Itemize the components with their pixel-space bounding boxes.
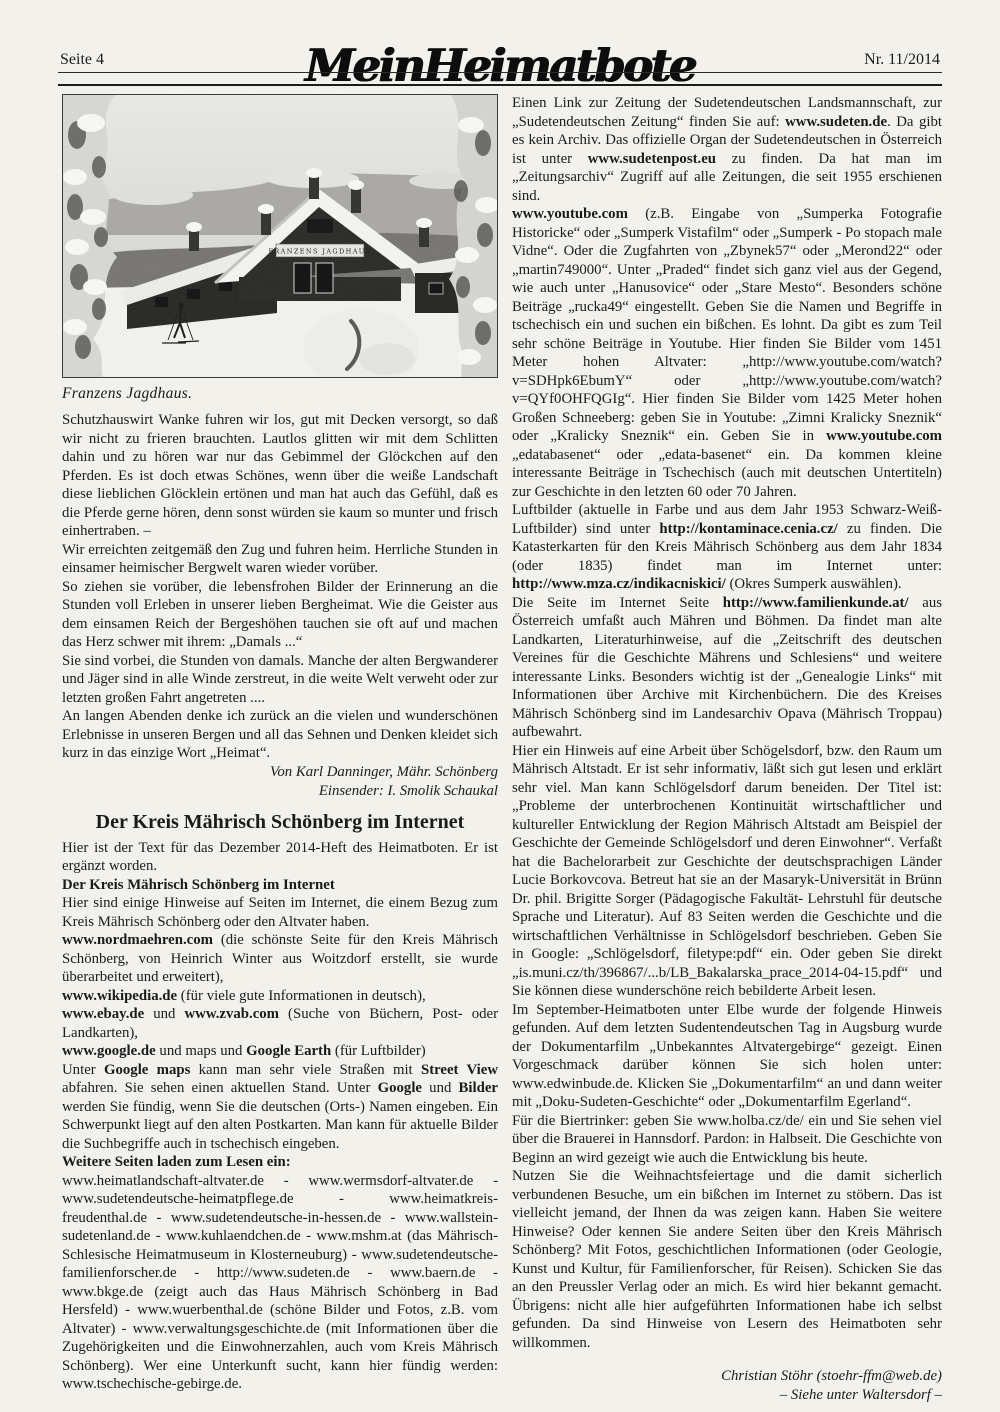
byline-note: – Siehe unter Waltersdorf – (512, 1386, 942, 1405)
paragraph: Wir erreichten zeitgemäß den Zug und fuh… (62, 541, 498, 578)
paragraph: Luftbilder (aktuelle in Farbe und aus de… (512, 501, 942, 594)
photo-franzens-jagdhaus: FRANZENS JAGDHAUS (62, 94, 498, 378)
page-number: Seite 4 (60, 51, 104, 69)
paragraph: Hier ein Hinweis auf eine Arbeit über Sc… (512, 742, 942, 1001)
paragraph: An langen Abenden denke ich zurück an di… (62, 707, 498, 763)
right-column: Einen Link zur Zeitung der Sudetendeutsc… (512, 94, 942, 1405)
issue-number: Nr. 11/2014 (864, 51, 940, 69)
paragraph: www.youtube.com (z.B. Eingabe von „Sumpe… (512, 205, 942, 501)
paragraph: www.google.de und maps und Google Earth … (62, 1042, 498, 1061)
byline-sender: Einsender: I. Smolik Schaukal (62, 782, 498, 801)
header-rule-thin (58, 72, 942, 73)
paragraph: Für die Biertrinker: geben Sie www.holba… (512, 1112, 942, 1168)
paragraph: www.heimatlandschaft-altvater.de - www.w… (62, 1172, 498, 1394)
paragraph: Nutzen Sie die Weihnachtsfeiertage und d… (512, 1167, 942, 1352)
photo-grain-overlay (63, 95, 497, 377)
photo-caption: Franzens Jagdhaus. (62, 385, 498, 403)
paragraph: www.nordmaehren.com (die schönste Seite … (62, 931, 498, 987)
section-heading: Der Kreis Mährisch Schönberg im Internet (62, 810, 498, 834)
paragraph: Hier ist der Text für das Dezember 2014-… (62, 839, 498, 876)
winter-hut-illustration: FRANZENS JAGDHAUS (63, 95, 497, 377)
newspaper-page: Seite 4 MeinHeimatbote Nr. 11/2014 (0, 0, 1000, 1412)
paragraph: Hier sind einige Hinweise auf Seiten im … (62, 894, 498, 931)
byline-author: Christian Stöhr (stoehr-ffm@web.de) (512, 1367, 942, 1386)
paragraph: So ziehen sie vorüber, die lebensfrohen … (62, 578, 498, 652)
paragraph: Schutzhauswirt Wanke fuhren wir los, gut… (62, 411, 498, 541)
paragraph: Einen Link zur Zeitung der Sudetendeutsc… (512, 94, 942, 205)
byline-author: Von Karl Danninger, Mähr. Schönberg (62, 763, 498, 782)
paragraph: www.wikipedia.de (für viele gute Informa… (62, 987, 498, 1006)
paragraph: Der Kreis Mährisch Schönberg im Internet (62, 876, 498, 895)
page-header: Seite 4 MeinHeimatbote Nr. 11/2014 (58, 30, 942, 86)
paragraph: Unter Google maps kann man sehr viele St… (62, 1061, 498, 1154)
paragraph: Im September-Heimatboten unter Elbe wurd… (512, 1001, 942, 1112)
paragraph: www.ebay.de und www.zvab.com (Suche von … (62, 1005, 498, 1042)
paragraph: Die Seite im Internet Seite http://www.f… (512, 594, 942, 742)
left-column: FRANZENS JAGDHAUS (62, 94, 498, 1394)
header-rule-thick (58, 84, 942, 87)
paragraph: Weitere Seiten laden zum Lesen ein: (62, 1153, 498, 1172)
paragraph: Sie sind vorbei, die Stunden von damals.… (62, 652, 498, 708)
